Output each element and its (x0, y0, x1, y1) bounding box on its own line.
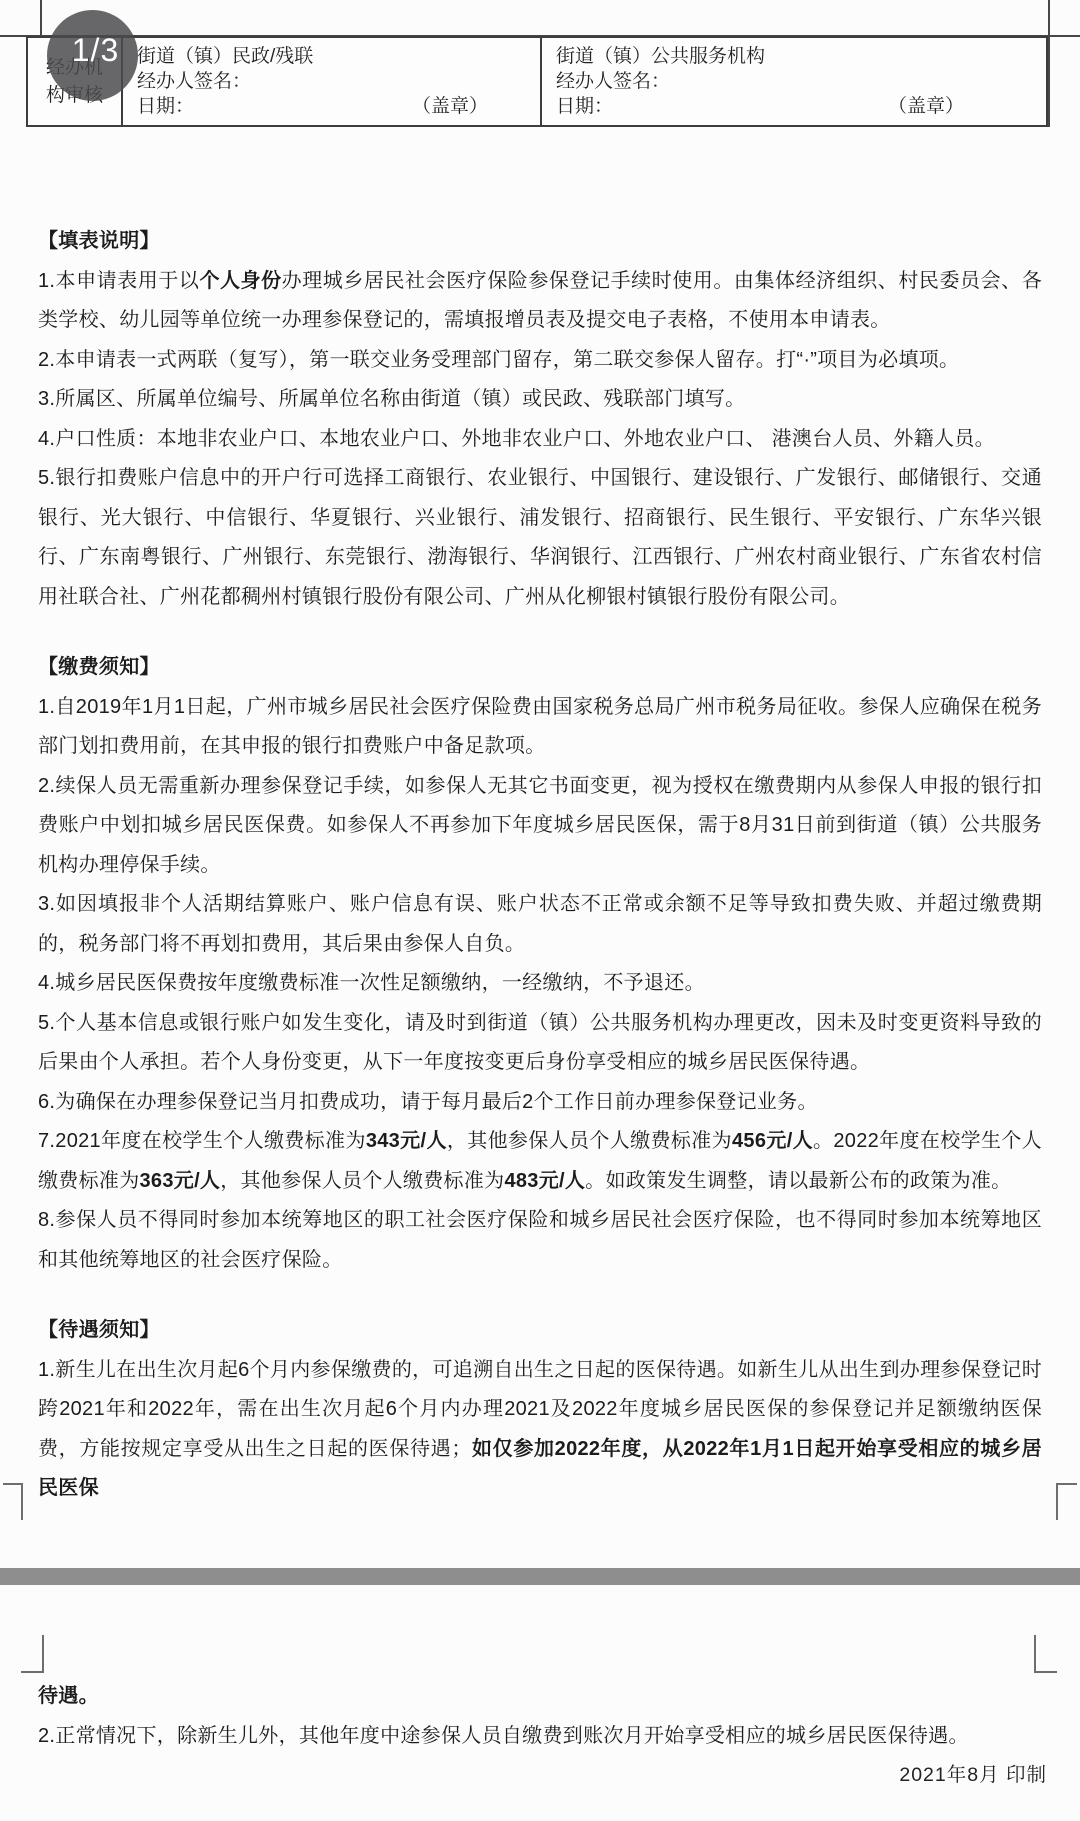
note-paragraph: 2.正常情况下，除新生儿外，其他年度中途参保人员自缴费到账次月开始享受相应的城乡… (38, 1716, 1042, 1756)
corner-mark-page1-right (1056, 1483, 1077, 1520)
note-paragraph: 4.户口性质：本地非农业户口、本地农业户口、外地非农业户口、外地农业户口、 港澳… (38, 420, 1042, 460)
scanned-document-page: 经办机 构审核 街道（镇）民政/残联 经办人签名： 日期： （盖章） 街道（镇）… (0, 0, 1080, 1821)
corner-mark-page2-left (21, 1635, 44, 1673)
note-paragraph: 7.2021年度在校学生个人缴费标准为343元/人，其他参保人员个人缴费标准为4… (38, 1122, 1042, 1201)
page-counter-label: 1/3 (72, 32, 119, 69)
seal-label: （盖章） (888, 94, 964, 119)
note-paragraph: 3.如因填报非个人活期结算账户、账户信息有误、账户状态不正常或余额不足等导致扣费… (38, 885, 1042, 964)
document-body: 【填表说明】 1.本申请表用于以个人身份办理城乡居民社会医疗保险参保登记手续时使… (38, 222, 1042, 1509)
seal-label: （盖章） (412, 94, 488, 119)
note-paragraph: 5.个人基本信息或银行账户如发生变化，请及时到街道（镇）公共服务机构办理更改，因… (38, 1004, 1042, 1083)
corner-mark-page1-left (3, 1483, 23, 1520)
continuation-paragraph: 待遇。 (38, 1676, 1042, 1716)
org-name: 街道（镇）民政/残联 (137, 44, 540, 69)
section-title-benefit-notes: 【待遇须知】 (38, 1311, 1042, 1351)
org-name: 街道（镇）公共服务机构 (556, 44, 1046, 69)
corner-mark-page2-right (1034, 1635, 1057, 1673)
section-title-payment-notes: 【缴费须知】 (38, 648, 1042, 688)
note-paragraph: 8.参保人员不得同时参加本统筹地区的职工社会医疗保险和城乡居民社会医疗保险，也不… (38, 1201, 1042, 1280)
cropped-table-right-border (1048, 0, 1050, 127)
review-cell-public-service: 街道（镇）公共服务机构 经办人签名： 日期： （盖章） (542, 38, 1046, 125)
sign-label: 经办人签名： (556, 69, 1046, 94)
page-counter-badge: 1/3 (47, 10, 138, 101)
cropped-table-column-line (40, 0, 42, 36)
note-paragraph: 1.自2019年1月1日起，广州市城乡居民社会医疗保险费由国家税务总局广州市税务… (38, 688, 1042, 767)
note-paragraph: 2.续保人员无需重新办理参保登记手续，如参保人无其它书面变更，视为授权在缴费期内… (38, 767, 1042, 886)
note-paragraph: 2.本申请表一式两联（复写），第一联交业务受理部门留存，第二联交参保人留存。打“… (38, 341, 1042, 381)
page-divider-band (0, 1568, 1080, 1585)
note-paragraph: 4.城乡居民医保费按年度缴费标准一次性足额缴纳，一经缴纳，不予退还。 (38, 964, 1042, 1004)
note-paragraph: 1.本申请表用于以个人身份办理城乡居民社会医疗保险参保登记手续时使用。由集体经济… (38, 262, 1042, 341)
date-row: 日期： （盖章） (556, 94, 1046, 119)
section-title-filling-notes: 【填表说明】 (38, 222, 1042, 262)
note-paragraph: 1.新生儿在出生次月起6个月内参保缴费的，可追溯自出生之日起的医保待遇。如新生儿… (38, 1351, 1042, 1509)
sign-label: 经办人签名： (137, 69, 540, 94)
note-paragraph: 5.银行扣费账户信息中的开户行可选择工商银行、农业银行、中国银行、建设银行、广发… (38, 459, 1042, 617)
review-table: 经办机 构审核 街道（镇）民政/残联 经办人签名： 日期： （盖章） 街道（镇）… (26, 36, 1048, 127)
note-paragraph: 6.为确保在办理参保登记当月扣费成功，请于每月最后2个工作日前办理参保登记业务。 (38, 1083, 1042, 1123)
review-cell-civil-affairs: 街道（镇）民政/残联 经办人签名： 日期： （盖章） (123, 38, 542, 125)
date-label: 日期： (137, 94, 194, 119)
page2-body: 待遇。 2.正常情况下，除新生儿外，其他年度中途参保人员自缴费到账次月开始享受相… (38, 1676, 1042, 1756)
date-row: 日期： （盖章） (137, 94, 540, 119)
print-date-note: 2021年8月 印制 (899, 1759, 1047, 1787)
date-label: 日期： (556, 94, 613, 119)
note-paragraph: 3.所属区、所属单位编号、所属单位名称由街道（镇）或民政、残联部门填写。 (38, 380, 1042, 420)
